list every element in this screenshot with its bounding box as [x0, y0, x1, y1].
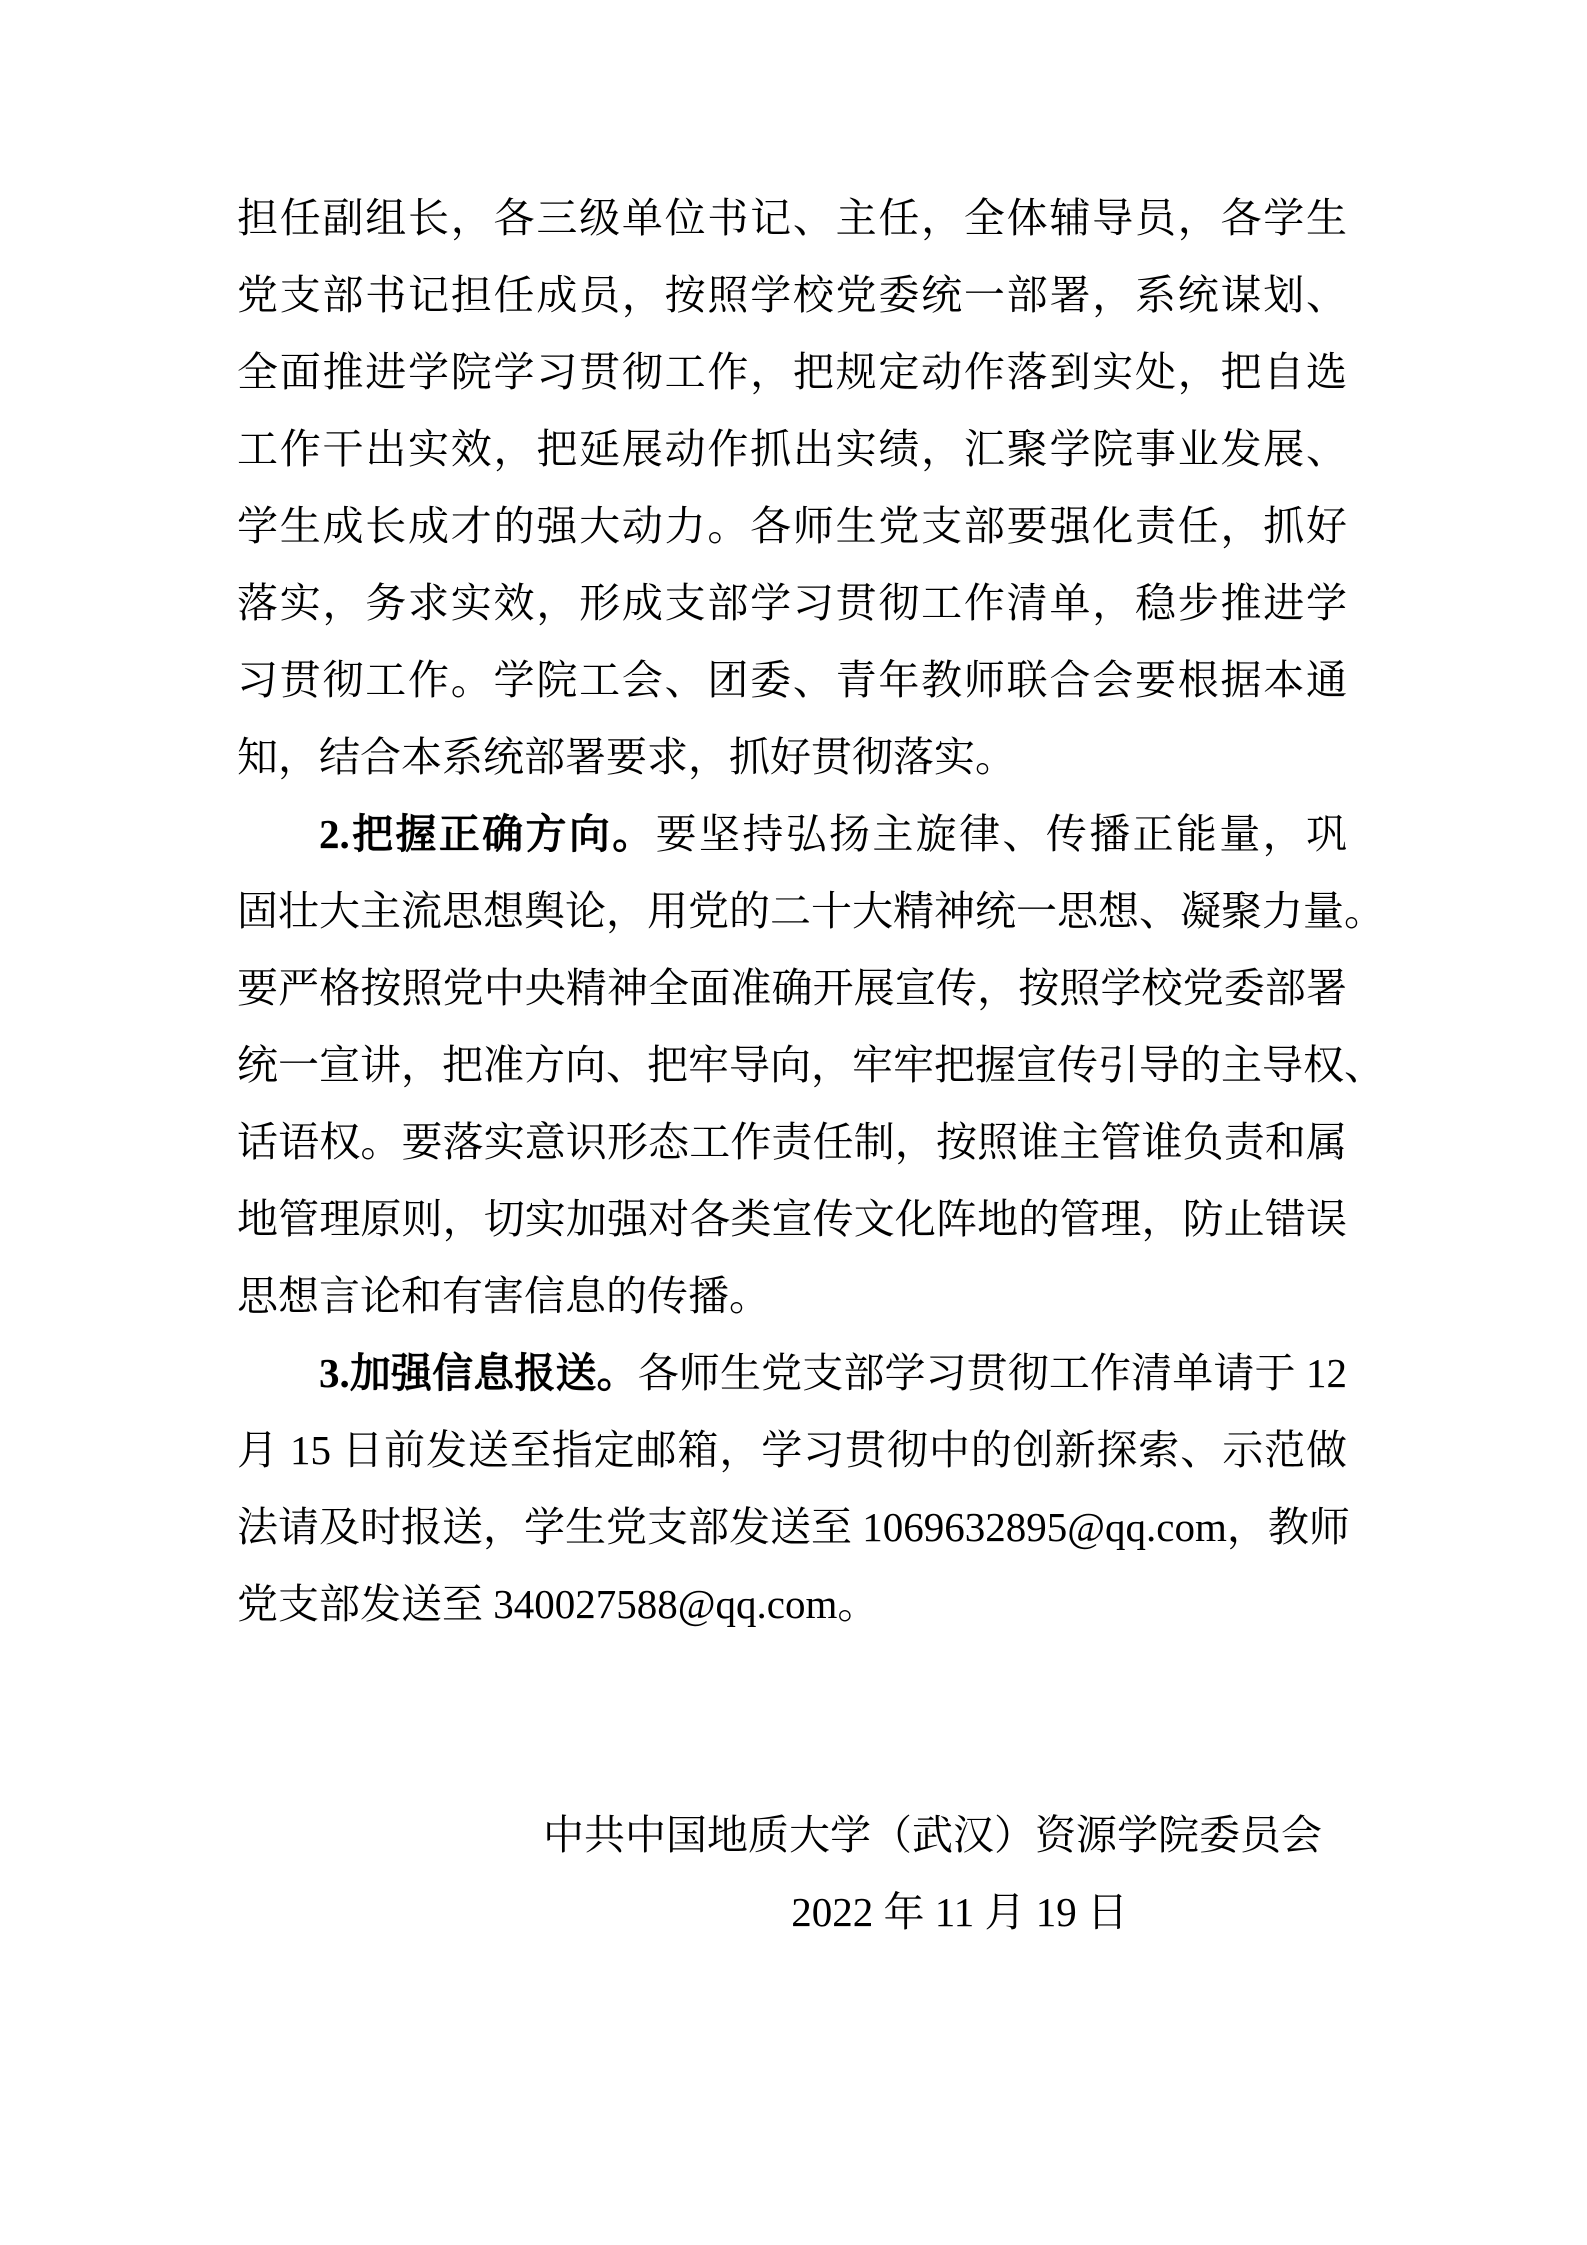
text-line: 3.加强信息报送。各师生党支部学习贯彻工作清单请于 12 — [237, 1335, 1347, 1412]
text-line: 党支部发送至 340027588@qq.com。 — [237, 1566, 1347, 1643]
text-line: 统一宣讲，把准方向、把牢导向，牢牢把握宣传引导的主导权、 — [237, 1027, 1347, 1104]
text-segment: 党支部发送至 340027588@qq.com。 — [237, 1581, 878, 1627]
text-segment: 各师生党支部学习贯彻工作清单请于 12 — [638, 1350, 1347, 1396]
text-segment: 要坚持弘扬主旋律、传播正能量，巩 — [656, 811, 1347, 857]
text-segment: 工作干出实效，把延展动作抓出实绩，汇聚学院事业发展、 — [237, 426, 1347, 472]
section-heading: 3.加强信息报送。 — [319, 1350, 638, 1396]
text-line: 学生成长成才的强大动力。各师生党支部要强化责任，抓好 — [237, 488, 1347, 565]
text-line: 2.把握正确方向。要坚持弘扬主旋律、传播正能量，巩 — [237, 796, 1347, 873]
text-line: 工作干出实效，把延展动作抓出实绩，汇聚学院事业发展、 — [237, 411, 1347, 488]
text-segment: 统一宣讲，把准方向、把牢导向，牢牢把握宣传引导的主导权、 — [237, 1042, 1385, 1088]
text-segment: 思想言论和有害信息的传播。 — [237, 1273, 770, 1319]
text-segment: 月 15 日前发送至指定邮箱，学习贯彻中的创新探索、示范做 — [237, 1427, 1347, 1473]
text-line: 习贯彻工作。学院工会、团委、青年教师联合会要根据本通 — [237, 642, 1347, 719]
text-segment: 学生成长成才的强大动力。各师生党支部要强化责任，抓好 — [237, 503, 1347, 549]
text-line: 月 15 日前发送至指定邮箱，学习贯彻中的创新探索、示范做 — [237, 1412, 1347, 1489]
text-line: 要严格按照党中央精神全面准确开展宣传，按照学校党委部署 — [237, 950, 1347, 1027]
section-heading: 2.把握正确方向。 — [319, 811, 656, 857]
text-segment: 话语权。要落实意识形态工作责任制，按照谁主管谁负责和属 — [237, 1119, 1347, 1165]
text-segment: 担任副组长，各三级单位书记、主任，全体辅导员，各学生 — [237, 195, 1347, 241]
text-segment: 党支部书记担任成员，按照学校党委统一部署，系统谋划、 — [237, 272, 1347, 318]
text-line: 地管理原则，切实加强对各类宣传文化阵地的管理，防止错误 — [237, 1181, 1347, 1258]
text-line: 思想言论和有害信息的传播。 — [237, 1258, 1347, 1335]
text-line: 话语权。要落实意识形态工作责任制，按照谁主管谁负责和属 — [237, 1104, 1347, 1181]
text-segment: 固壮大主流思想舆论，用党的二十大精神统一思想、凝聚力量。 — [237, 888, 1385, 934]
text-segment: 法请及时报送，学生党支部发送至 1069632895@qq.com，教师 — [237, 1504, 1350, 1550]
text-line: 落实，务求实效，形成支部学习贯彻工作清单，稳步推进学 — [237, 565, 1347, 642]
signature-block: 中共中国地质大学（武汉）资源学院委员会 2022 年 11 月 19 日 — [237, 1797, 1347, 1951]
text-segment: 地管理原则，切实加强对各类宣传文化阵地的管理，防止错误 — [237, 1196, 1347, 1242]
text-segment: 知，结合本系统部署要求，抓好贯彻落实。 — [237, 734, 1016, 780]
text-segment: 要严格按照党中央精神全面准确开展宣传，按照学校党委部署 — [237, 965, 1347, 1011]
text-segment: 全面推进学院学习贯彻工作，把规定动作落到实处，把自选 — [237, 349, 1347, 395]
text-line: 法请及时报送，学生党支部发送至 1069632895@qq.com，教师 — [237, 1489, 1347, 1566]
document-page: 担任副组长，各三级单位书记、主任，全体辅导员，各学生党支部书记担任成员，按照学校… — [0, 0, 1587, 2245]
signature-date: 2022 年 11 月 19 日 — [237, 1874, 1347, 1951]
text-line: 党支部书记担任成员，按照学校党委统一部署，系统谋划、 — [237, 257, 1347, 334]
text-line: 担任副组长，各三级单位书记、主任，全体辅导员，各学生 — [237, 180, 1347, 257]
text-segment: 习贯彻工作。学院工会、团委、青年教师联合会要根据本通 — [237, 657, 1347, 703]
text-line: 固壮大主流思想舆论，用党的二十大精神统一思想、凝聚力量。 — [237, 873, 1347, 950]
signature-committee: 中共中国地质大学（武汉）资源学院委员会 — [237, 1797, 1347, 1874]
text-segment: 落实，务求实效，形成支部学习贯彻工作清单，稳步推进学 — [237, 580, 1347, 626]
text-line: 知，结合本系统部署要求，抓好贯彻落实。 — [237, 719, 1347, 796]
document-body: 担任副组长，各三级单位书记、主任，全体辅导员，各学生党支部书记担任成员，按照学校… — [237, 180, 1347, 1643]
text-line: 全面推进学院学习贯彻工作，把规定动作落到实处，把自选 — [237, 334, 1347, 411]
